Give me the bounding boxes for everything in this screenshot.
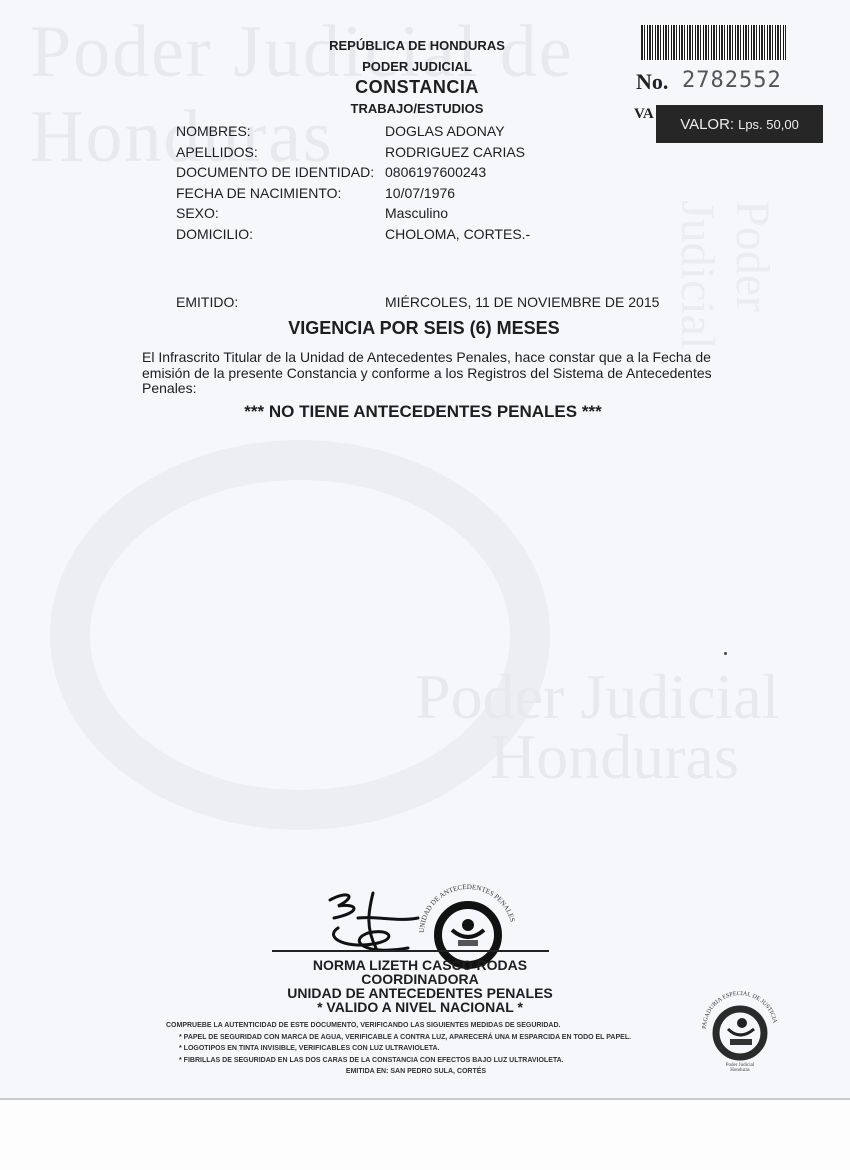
personal-data: NOMBRES:DOGLAS ADONAY APELLIDOS:RODRIGUE…: [176, 121, 530, 244]
valor-label: VALOR:: [680, 116, 734, 133]
field-value: 10/07/1976: [385, 183, 455, 204]
security-item: * PAPEL DE SEGURIDAD CON MARCA DE AGUA, …: [166, 1032, 631, 1044]
valor-amount: Lps. 50,00: [738, 117, 799, 132]
security-intro: COMPRUEBE LA AUTENTICIDAD DE ESTE DOCUME…: [166, 1020, 631, 1032]
valor-stamp: VALOR: Lps. 50,00: [656, 105, 823, 143]
speck: [724, 652, 727, 655]
barcode: [641, 25, 786, 60]
field-value: RODRIGUEZ CARIAS: [385, 142, 525, 163]
field-label: NOMBRES:: [176, 121, 385, 142]
field-value: CHOLOMA, CORTES.-: [385, 224, 530, 245]
issued-row: EMITIDO: MIÉRCOLES, 11 DE NOVIEMBRE DE 2…: [176, 294, 659, 310]
field-label: SEXO:: [176, 203, 385, 224]
field-row: SEXO:Masculino: [176, 203, 530, 224]
field-value: 0806197600243: [385, 162, 486, 183]
issued-label: EMITIDO:: [176, 294, 385, 310]
serial-label: No.: [636, 69, 668, 95]
issued-date: MIÉRCOLES, 11 DE NOVIEMBRE DE 2015: [385, 294, 659, 310]
security-notes: COMPRUEBE LA AUTENTICIDAD DE ESTE DOCUME…: [166, 1020, 631, 1066]
field-row: APELLIDOS:RODRIGUEZ CARIAS: [176, 142, 530, 163]
security-item: * FIBRILLAS DE SEGURIDAD EN LAS DOS CARA…: [166, 1055, 631, 1067]
field-value: DOGLAS ADONAY: [385, 121, 505, 142]
statement-text: El Infrascrito Titular de la Unidad de A…: [142, 350, 722, 397]
payment-seal-caption: Poder Judicial Honduras: [714, 1063, 766, 1073]
signature-line: [272, 950, 549, 952]
validity-heading: VIGENCIA POR SEIS (6) MESES: [0, 318, 849, 339]
valor-partial-label: VA: [634, 106, 654, 123]
document-page: Poder Judicial de Honduras Poder Judicia…: [0, 0, 850, 1100]
field-row: FECHA DE NACIMIENTO:10/07/1976: [176, 183, 530, 204]
field-label: DOCUMENTO DE IDENTIDAD:: [176, 162, 385, 183]
field-row: DOCUMENTO DE IDENTIDAD:0806197600243: [176, 162, 530, 183]
field-label: DOMICILIO:: [176, 224, 385, 245]
security-item: * LOGOTIPOS EN TINTA INVISIBLE, VERIFICA…: [166, 1043, 631, 1055]
field-row: DOMICILIO:CHOLOMA, CORTES.-: [176, 224, 530, 245]
field-value: Masculino: [385, 203, 448, 224]
watermark-line-2: Honduras: [490, 720, 739, 794]
caption-line-2: Honduras: [714, 1068, 766, 1073]
watermark-emblem: [50, 440, 550, 830]
field-label: APELLIDOS:: [176, 142, 385, 163]
result-text: *** NO TIENE ANTECEDENTES PENALES ***: [0, 402, 848, 422]
field-label: FECHA DE NACIMIENTO:: [176, 183, 385, 204]
field-row: NOMBRES:DOGLAS ADONAY: [176, 121, 530, 142]
serial-number: 2782552: [682, 68, 782, 93]
